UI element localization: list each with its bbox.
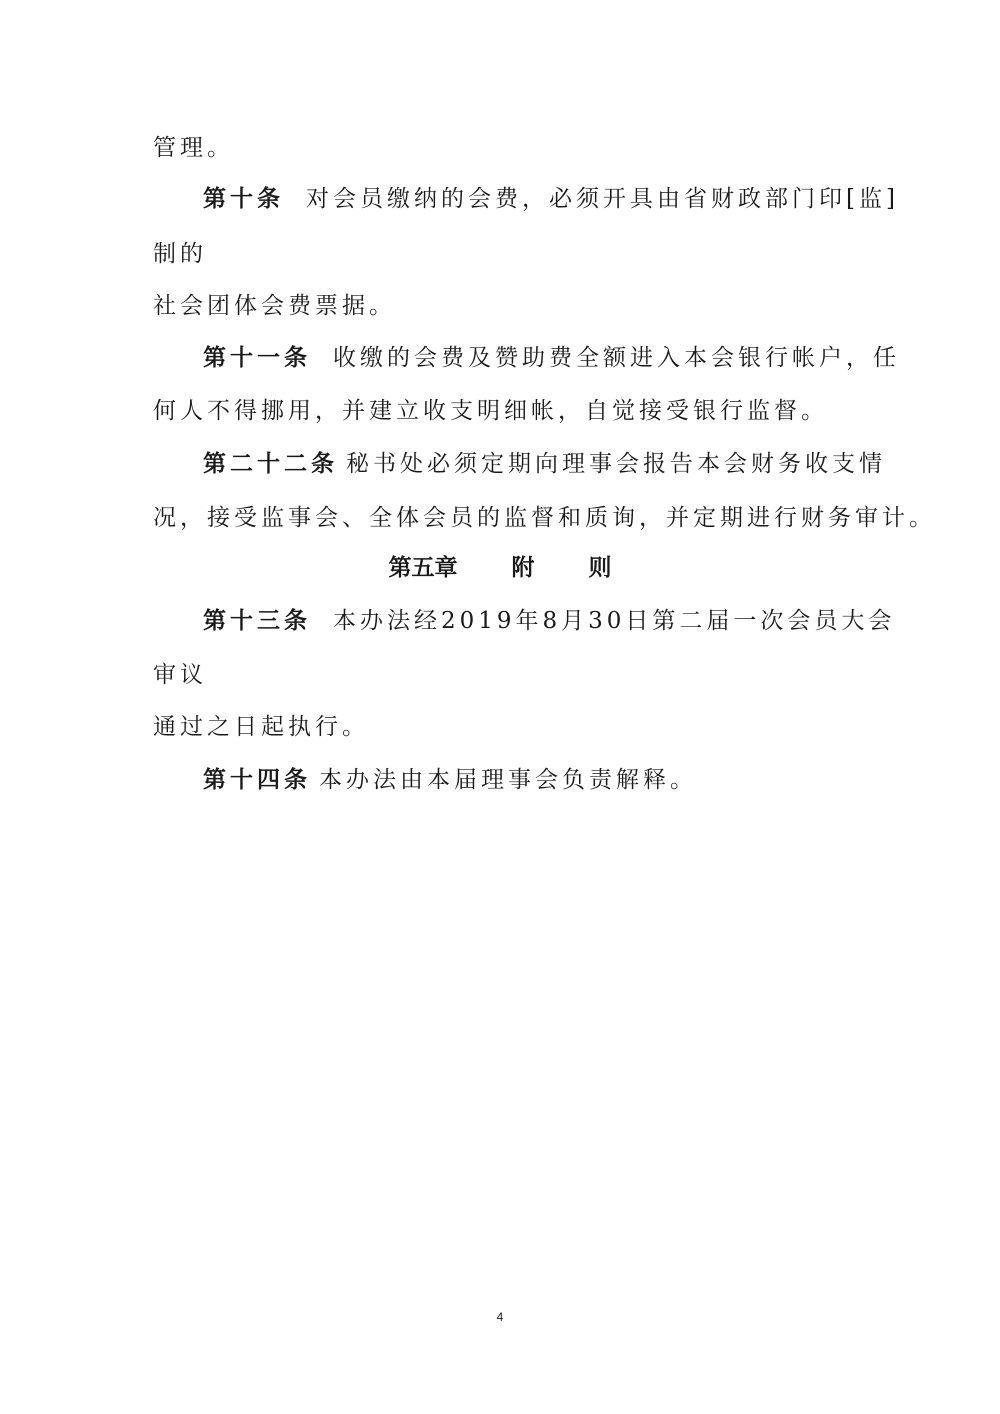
article-13-line: 第十三条本办法经2019年8月30日第二届一次会员大会 xyxy=(203,606,895,636)
paragraph-line: 况，接受监事会、全体会员的监督和质询，并定期进行财务审计。 xyxy=(153,503,936,533)
paragraph-line: 制的 xyxy=(153,239,207,269)
article-14-line: 第十四条本办法由本届理事会负责解释。 xyxy=(203,765,697,795)
paragraph-line: 审议 xyxy=(153,660,207,690)
article-text: 对会员缴纳的会费，必须开具由省财政部门印[监] xyxy=(306,186,899,212)
article-text: 本办法经2019年8月30日第二届一次会员大会 xyxy=(333,608,895,634)
article-label: 第十一条 xyxy=(203,345,311,371)
article-label: 第二十二条 xyxy=(203,451,338,477)
article-10-line: 第十条对会员缴纳的会费，必须开具由省财政部门印[监] xyxy=(203,184,899,214)
chapter-heading: 第五章 附 则 xyxy=(0,553,1000,583)
article-22-line: 第二十二条秘书处必须定期向理事会报告本会财务收支情 xyxy=(203,449,886,479)
article-label: 第十条 xyxy=(203,186,284,212)
article-text: 秘书处必须定期向理事会报告本会财务收支情 xyxy=(346,451,886,477)
chapter-number: 第五章 xyxy=(388,555,457,581)
chapter-title-part: 附 xyxy=(512,555,535,581)
article-text: 收缴的会费及赞助费全额进入本会银行帐户，任 xyxy=(333,345,900,371)
paragraph-line: 管理。 xyxy=(153,133,234,163)
article-label: 第十四条 xyxy=(203,767,311,793)
chapter-title-part: 则 xyxy=(589,555,612,581)
article-text: 本办法由本届理事会负责解释。 xyxy=(319,767,697,793)
paragraph-line: 社会团体会费票据。 xyxy=(153,291,396,321)
article-11-line: 第十一条收缴的会费及赞助费全额进入本会银行帐户，任 xyxy=(203,343,900,373)
page-number: 4 xyxy=(0,1310,1000,1324)
paragraph-line: 何人不得挪用，并建立收支明细帐，自觉接受银行监督。 xyxy=(153,396,828,426)
paragraph-line: 通过之日起执行。 xyxy=(153,712,369,742)
article-label: 第十三条 xyxy=(203,608,311,634)
